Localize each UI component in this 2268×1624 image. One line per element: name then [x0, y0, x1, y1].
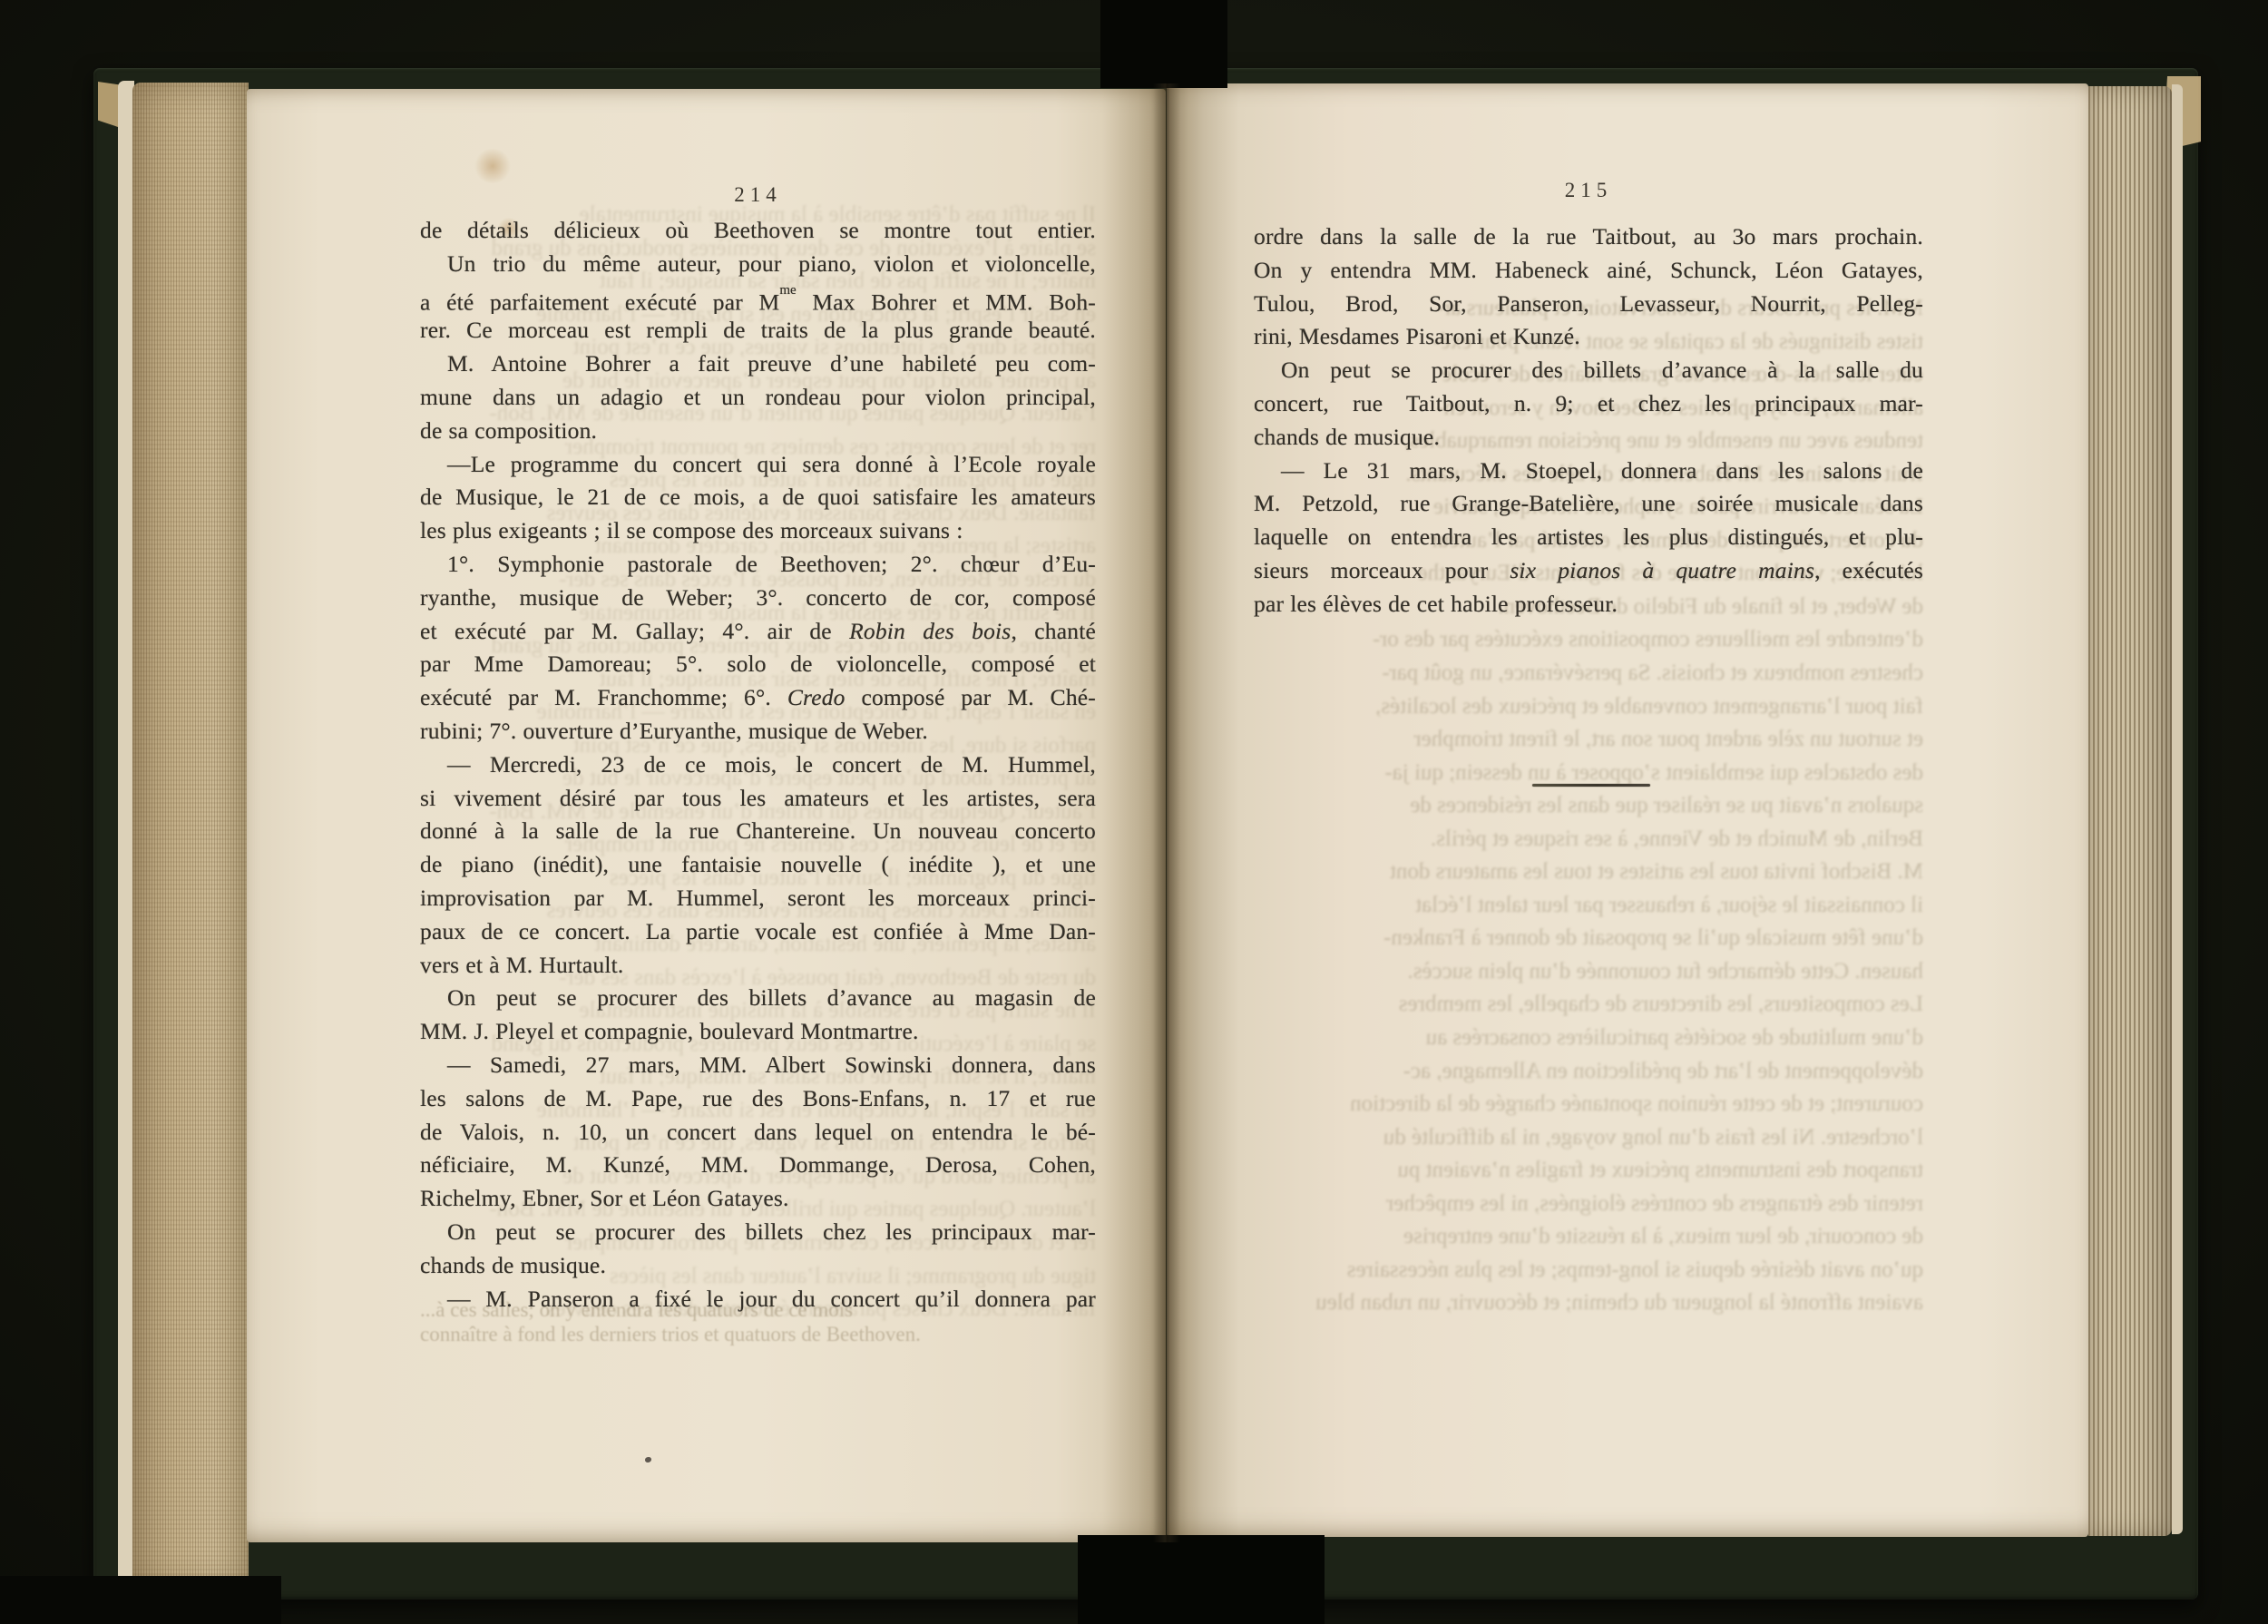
bleed-line: qu’on avait désirée depuis si long-temps…	[1254, 1254, 1923, 1287]
text-line: On peut se procurer des billets chez les…	[420, 1216, 1096, 1249]
text-line: les salons de M. Pape, rue des Bons-Enfa…	[420, 1082, 1096, 1116]
text-line: improvisation par M. Hummel, seront les …	[420, 882, 1096, 915]
text-line: — Mercredi, 23 de ce mois, le concert de…	[420, 748, 1096, 782]
bleed-line: squalors n’avait pu se réaliser que dans…	[1254, 789, 1923, 823]
text-line: de piano (inédit), une fantaisie nouvell…	[420, 848, 1096, 882]
foxing-stain	[474, 149, 512, 183]
bleed-line: hausen. Cette démarche fut couronnée d’u…	[1254, 955, 1923, 989]
text-line: exécuté par M. Franchomme; 6°. Credo com…	[420, 681, 1096, 715]
ink-speck	[645, 1457, 651, 1463]
page-edges-stack-right	[2088, 86, 2172, 1536]
right-page-text: ordre dans la salle de la rue Taitbout, …	[1254, 220, 1923, 621]
text-line: concert, rue Taitbout, n. 9; et chez les…	[1254, 387, 1923, 421]
text-line: par les élèves de cet habile professeur.	[1254, 588, 1923, 621]
text-line: si vivement désiré par tous les amateurs…	[420, 782, 1096, 816]
text-line: donné à la salle de la rue Chantereine. …	[420, 815, 1096, 848]
scanner-gap-bottom	[1078, 1535, 1325, 1624]
text-line: On peut se procurer des billets d’avance…	[1254, 354, 1923, 387]
bleed-line: coururent; et de cette réunion spontanée…	[1254, 1088, 1923, 1121]
text-line: mune dans un adagio et un rondeau pour v…	[420, 381, 1096, 415]
text-line: rubini; 7°. ouverture d’Euryanthe, musiq…	[420, 715, 1096, 748]
page-edges-stack-left	[132, 83, 249, 1589]
bleed-line: développement de l’art de prédilection e…	[1254, 1055, 1923, 1089]
text-line: sieurs morceaux pour six pianos à quatre…	[1254, 554, 1923, 588]
text-line: chands de musique.	[1254, 421, 1923, 455]
text-line: de détails délicieux où Beethoven se mon…	[420, 214, 1096, 248]
bleed-line: Berlin, de Munich et de Vienne, à ses ri…	[1254, 823, 1923, 856]
text-line: vers et à M. Hurtault.	[420, 949, 1096, 983]
bleed-line: M. Bischof invita tous les artistes et t…	[1254, 856, 1923, 889]
book: 214 Il ne suffit pas d’être sensible à l…	[93, 68, 2198, 1600]
text-line: MM. J. Pleyel et compagnie, boulevard Mo…	[420, 1015, 1096, 1049]
bleed-line: Les compositeurs, les directeurs de chap…	[1254, 988, 1923, 1022]
text-line: les plus exigeants ; il se compose des m…	[420, 514, 1096, 548]
right-page: 215 MM. les professeurs du Conservatoire…	[1167, 83, 2088, 1537]
left-page-number: 214	[420, 183, 1096, 207]
background-shadow-patch	[0, 1576, 281, 1624]
text-line: de Valois, n. 10, un concert dans lequel…	[420, 1116, 1096, 1150]
bleed-line: retenir des étrangers de contrées éloign…	[1254, 1188, 1923, 1221]
text-line: de Musique, le 21 de ce mois, a de quoi …	[420, 481, 1096, 514]
page-edge-sliver-right	[2172, 84, 2183, 1534]
text-line: paux de ce concert. La partie vocale est…	[420, 915, 1096, 949]
photo-background: 214 Il ne suffit pas d’être sensible à l…	[0, 0, 2268, 1624]
text-line: Un trio du même auteur, pour piano, viol…	[420, 248, 1096, 281]
text-line: —Le programme du concert qui sera donné …	[420, 448, 1096, 482]
text-line: — Samedi, 27 mars, MM. Albert Sowinski d…	[420, 1049, 1096, 1082]
bleed-line: transport des instruments précieux et fr…	[1254, 1154, 1923, 1188]
text-line: On peut se procurer des billets d’avance…	[420, 982, 1096, 1015]
text-line: Richelmy, Ebner, Sor et Léon Gatayes.	[420, 1182, 1096, 1216]
bleed-line: fait pour l’arrangement convenable et pr…	[1254, 690, 1923, 724]
text-line: M. Antoine Bohrer a fait preuve d’une ha…	[420, 347, 1096, 381]
bleed-line: connaître à fond les derniers trios et q…	[420, 1322, 1096, 1346]
bleed-line: avaient affronté la longueur du chemin; …	[1254, 1286, 1923, 1320]
text-line: — M. Panseron a fixé le jour du concert …	[420, 1283, 1096, 1316]
text-line: — Le 31 mars, M. Stoepel, donnera dans l…	[1254, 455, 1923, 488]
text-line: chands de musique.	[420, 1249, 1096, 1283]
gutter-shadow-right	[1167, 83, 1239, 1537]
text-line: M. Petzold, rue Grange-Batelière, une so…	[1254, 487, 1923, 521]
text-line: ordre dans la salle de la rue Taitbout, …	[1254, 220, 1923, 254]
bleed-line: de concourir, de leur mieux, à la réussi…	[1254, 1220, 1923, 1254]
bleed-line: et surtout un zèle ardent pour son art, …	[1254, 723, 1923, 757]
right-page-number: 215	[1254, 179, 1923, 202]
gutter-shadow-left	[1102, 89, 1166, 1542]
text-line: Tulou, Brod, Sor, Panseron, Levasseur, N…	[1254, 288, 1923, 321]
text-line: et exécuté par M. Gallay; 4°. air de Rob…	[420, 615, 1096, 649]
section-divider-rule	[1532, 784, 1650, 787]
text-line: rer. Ce morceau est rempli de traits de …	[420, 314, 1096, 347]
text-line: 1°. Symphonie pastorale de Beethoven; 2°…	[420, 548, 1096, 582]
text-line: de sa composition.	[420, 415, 1096, 448]
left-page: 214 Il ne suffit pas d’être sensible à l…	[247, 89, 1166, 1542]
text-line: ryanthe, musique de Weber; 3°. concerto …	[420, 582, 1096, 615]
text-line: néficiaire, M. Kunzé, MM. Dommange, Dero…	[420, 1149, 1096, 1182]
bleed-line: d’une fête musicale qu’il se proposait d…	[1254, 922, 1923, 955]
text-line: rini, Mesdames Pisaroni et Kunzé.	[1254, 320, 1923, 354]
bleed-line: chestres nombreux et choisis. Sa persévé…	[1254, 657, 1923, 690]
scanner-gap-top	[1100, 0, 1227, 88]
bleed-line: il connaissait le séjour, à rehausser pa…	[1254, 889, 1923, 923]
bleed-line: d’une multitude de sociétés particulière…	[1254, 1022, 1923, 1055]
left-page-text: de détails délicieux où Beethoven se mon…	[420, 214, 1096, 1316]
text-line: par Mme Damoreau; 5°. solo de violoncell…	[420, 648, 1096, 681]
text-line: On y entendra MM. Habeneck ainé, Schunck…	[1254, 254, 1923, 288]
text-line: laquelle on entendra les artistes les pl…	[1254, 521, 1923, 554]
text-line: a été parfaitement exécuté par Mme Max B…	[420, 281, 1096, 315]
bleed-line: d’entendre les meilleures compositions e…	[1254, 623, 1923, 657]
bleed-line: l’orchestre. Ni les frais d’un long voya…	[1254, 1121, 1923, 1155]
